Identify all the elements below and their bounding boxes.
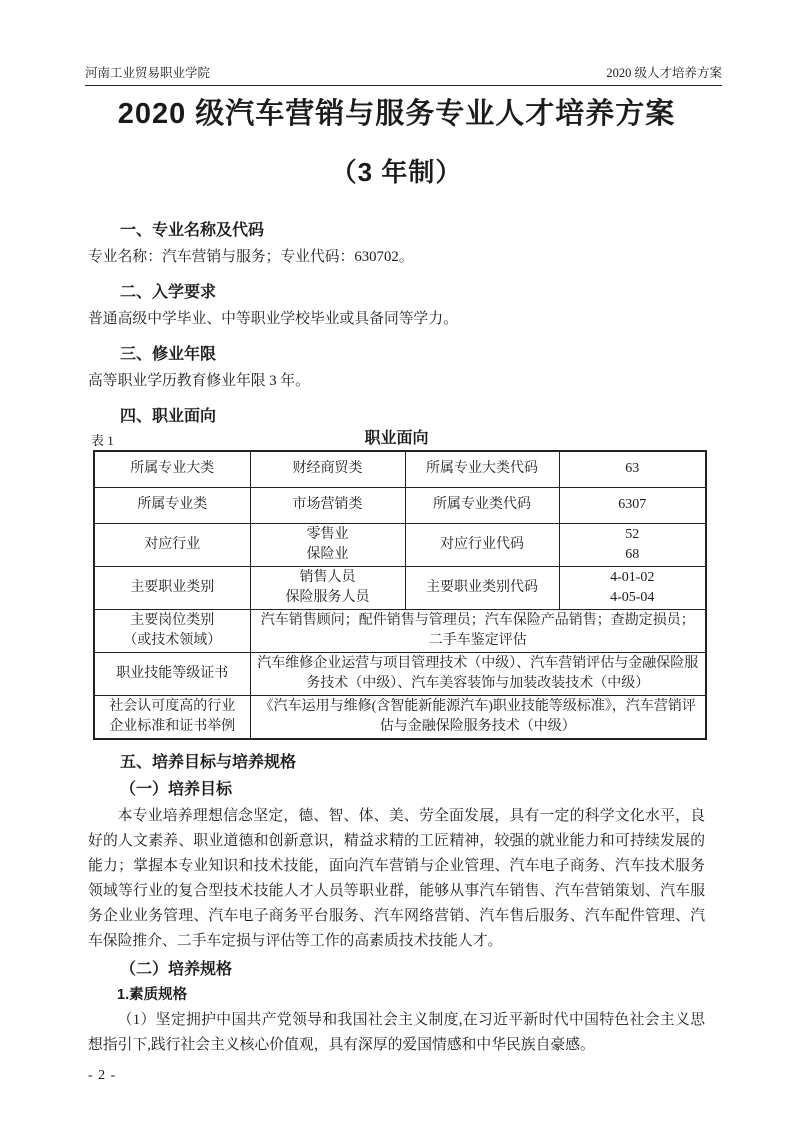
page-number: - 2 - [88, 1068, 793, 1084]
document-page: 河南工业贸易职业学院 2020 级人才培养方案 2020 级汽车营销与服务专业人… [0, 0, 793, 1122]
table-row: 对应行业 零售业 保险业 对应行业代码 52 68 [94, 523, 706, 566]
table-cell-value: 零售业 保险业 [250, 523, 405, 566]
document-title: 2020 级汽车营销与服务专业人才培养方案 [40, 96, 753, 132]
table-cell-label: 主要职业类别 [94, 566, 250, 609]
table-cell-value: 财经商贸类 [250, 451, 405, 487]
table-cell-value: 4-01-02 4-05-04 [559, 566, 706, 609]
table-number-label: 表 1 [91, 430, 114, 449]
table-cell-label: 职业技能等级证书 [94, 652, 250, 695]
table-cell-label: 主要职业类别代码 [405, 566, 559, 609]
running-header: 河南工业贸易职业学院 2020 级人才培养方案 [85, 64, 722, 86]
table-cell-merged-value: 汽车销售顾问；配件销售与管理员；汽车保险产品销售；查勘定损员；二手车鉴定评估 [250, 609, 706, 652]
table-cell-label: 所属专业类代码 [405, 487, 559, 523]
section-heading-admission-requirements: 二、入学要求 [88, 282, 705, 304]
table-cell-value: 销售人员 保险服务人员 [250, 566, 405, 609]
table-row: 主要职业类别 销售人员 保险服务人员 主要职业类别代码 4-01-02 4-05… [94, 566, 706, 609]
section-heading-major-name-code: 一、专业名称及代码 [88, 220, 705, 242]
section-heading-study-duration: 三、修业年限 [88, 344, 705, 366]
document-subtitle: （3 年制） [40, 156, 753, 188]
table-cell-value: 市场营销类 [250, 487, 405, 523]
header-doc-label: 2020 级人才培养方案 [606, 64, 722, 82]
section-body-study-duration: 高等职业学历教育修业年限 3 年。 [88, 369, 705, 394]
table-cell-label: 社会认可度高的行业 企业标准和证书举例 [94, 695, 250, 739]
table-title: 职业面向 [88, 428, 705, 450]
section-body-major-name-code: 专业名称：汽车营销与服务；专业代码：630702。 [88, 245, 705, 270]
header-school-name: 河南工业贸易职业学院 [85, 64, 210, 82]
quality-specs-item-1: （1）坚定拥护中国共产党领导和我国社会主义制度,在习近平新时代中国特色社会主义思… [88, 1008, 705, 1058]
table-row: 所属专业类 市场营销类 所属专业类代码 6307 [94, 487, 706, 523]
table-row: 主要岗位类别 （或技术领域） 汽车销售顾问；配件销售与管理员；汽车保险产品销售；… [94, 609, 706, 652]
quality-specs-heading: 1.素质规格 [88, 984, 705, 1006]
subsection-heading-training-goal: （一）培养目标 [88, 778, 705, 802]
table-cell-label: 所属专业类 [94, 487, 250, 523]
table-row: 社会认可度高的行业 企业标准和证书举例 《汽车运用与维修(含智能新能源汽车)职业… [94, 695, 706, 739]
table-cell-merged-value: 汽车维修企业运营与项目管理技术（中级）、汽车营销评估与金融保险服务技术（中级）、… [250, 652, 706, 695]
section-body-admission-requirements: 普通高级中学毕业、中等职业学校毕业或具备同等学力。 [88, 307, 705, 332]
document-body: 一、专业名称及代码 专业名称：汽车营销与服务；专业代码：630702。 二、入学… [0, 220, 793, 1058]
table-row: 所属专业大类 财经商贸类 所属专业大类代码 63 [94, 451, 706, 487]
table-cell-value: 63 [559, 451, 706, 487]
subsection-heading-training-specs: （二）培养规格 [88, 958, 705, 982]
table-cell-label: 所属专业大类 [94, 451, 250, 487]
table-row: 职业技能等级证书 汽车维修企业运营与项目管理技术（中级）、汽车营销评估与金融保险… [94, 652, 706, 695]
section-heading-training-objectives: 五、培养目标与培养规格 [88, 752, 705, 774]
table-cell-label: 对应行业 [94, 523, 250, 566]
training-goal-paragraph: 本专业培养理想信念坚定，德、智、体、美、劳全面发展，具有一定的科学文化水平，良好… [88, 804, 705, 954]
table-cell-value: 52 68 [559, 523, 706, 566]
table-cell-value: 6307 [559, 487, 706, 523]
table-cell-label: 对应行业代码 [405, 523, 559, 566]
table-cell-merged-value: 《汽车运用与维修(含智能新能源汽车)职业技能等级标准》，汽车营销评估与金融保险服… [250, 695, 706, 739]
career-orientation-table: 所属专业大类 财经商贸类 所属专业大类代码 63 所属专业类 市场营销类 所属专… [93, 450, 707, 740]
section-heading-career-orientation: 四、职业面向 [88, 406, 705, 428]
table-cell-label: 所属专业大类代码 [405, 451, 559, 487]
table-cell-label: 主要岗位类别 （或技术领域） [94, 609, 250, 652]
table-caption: 表 1 职业面向 [88, 428, 705, 450]
